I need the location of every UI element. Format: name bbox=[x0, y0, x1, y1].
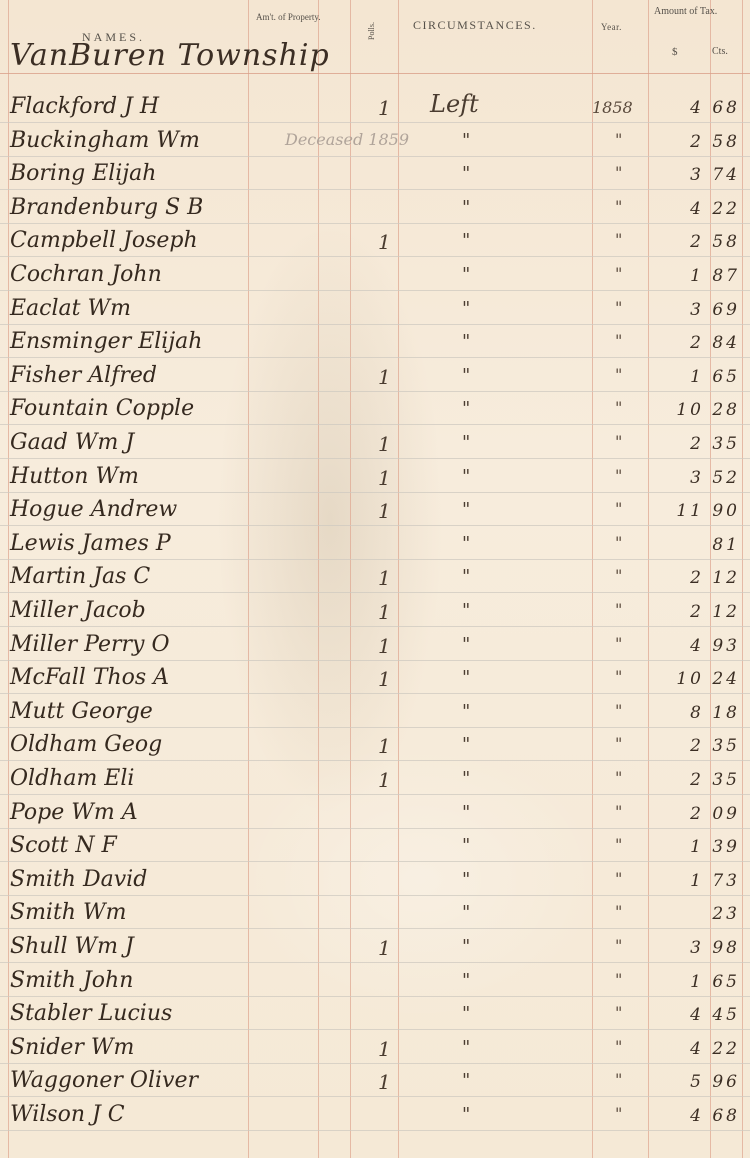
polls-cell: 1 bbox=[378, 466, 391, 490]
circumstances-cell: " bbox=[462, 701, 470, 722]
year-cell: " bbox=[615, 835, 622, 854]
township-title: VanBuren Township bbox=[10, 38, 330, 73]
table-row: Miller Jacob1""2 12 bbox=[0, 598, 750, 631]
table-row: Eaclat Wm""3 69 bbox=[0, 296, 750, 329]
header-circumstances: CIRCUMSTANCES. bbox=[413, 18, 537, 33]
name-cell: Flackford J H bbox=[10, 94, 159, 119]
year-cell: 1858 bbox=[592, 98, 633, 117]
tax-cell: 4 93 bbox=[690, 636, 740, 656]
tax-cell: 3 69 bbox=[690, 300, 740, 320]
circumstances-cell: " bbox=[462, 902, 470, 923]
table-row: Miller Perry O1""4 93 bbox=[0, 632, 750, 665]
circumstances-cell: " bbox=[462, 667, 470, 688]
year-cell: " bbox=[615, 667, 622, 686]
name-cell: Lewis James P bbox=[10, 531, 171, 556]
table-row: Gaad Wm J1""2 35 bbox=[0, 430, 750, 463]
table-row: Shull Wm J1""3 98 bbox=[0, 934, 750, 967]
table-row: Boring Elijah""3 74 bbox=[0, 161, 750, 194]
circumstances-cell: " bbox=[462, 264, 470, 285]
name-cell: Brandenburg S B bbox=[10, 195, 203, 220]
circumstances-cell: " bbox=[462, 802, 470, 823]
polls-cell: 1 bbox=[378, 936, 391, 960]
tax-cell: 2 35 bbox=[690, 770, 740, 790]
header-cents: Cts. bbox=[712, 46, 728, 57]
table-row: Campbell Joseph1""2 58 bbox=[0, 228, 750, 261]
circumstances-cell: " bbox=[462, 566, 470, 587]
table-row: Smith John""1 65 bbox=[0, 968, 750, 1001]
tax-cell: 4 45 bbox=[690, 1005, 740, 1025]
year-cell: " bbox=[615, 130, 622, 149]
year-cell: " bbox=[615, 1003, 622, 1022]
name-cell: Scott N F bbox=[10, 833, 117, 858]
year-cell: " bbox=[615, 197, 622, 216]
polls-cell: 1 bbox=[378, 432, 391, 456]
year-cell: " bbox=[615, 331, 622, 350]
tax-cell: 2 58 bbox=[690, 132, 740, 152]
tax-cell: 11 90 bbox=[676, 501, 740, 521]
ledger-page: NAMES. Am't. of Property. Polls. CIRCUMS… bbox=[0, 0, 750, 1158]
name-cell: Snider Wm bbox=[10, 1035, 134, 1060]
circumstances-cell: " bbox=[462, 869, 470, 890]
table-row: Hogue Andrew1""11 90 bbox=[0, 497, 750, 530]
table-row: Pope Wm A""2 09 bbox=[0, 800, 750, 833]
polls-cell: 1 bbox=[378, 566, 391, 590]
circumstances-cell: " bbox=[462, 331, 470, 352]
year-cell: " bbox=[615, 1037, 622, 1056]
circumstances-cell: " bbox=[462, 163, 470, 184]
year-cell: " bbox=[615, 936, 622, 955]
table-row: Smith David""1 73 bbox=[0, 867, 750, 900]
tax-cell: 2 84 bbox=[690, 333, 740, 353]
table-row: Buckingham Wm""2 58 bbox=[0, 128, 750, 161]
polls-cell: 1 bbox=[378, 365, 391, 389]
circumstances-cell: " bbox=[462, 1104, 470, 1125]
year-cell: " bbox=[615, 365, 622, 384]
tax-cell: 10 24 bbox=[676, 669, 740, 689]
tax-cell: 1 65 bbox=[690, 972, 740, 992]
year-cell: " bbox=[615, 768, 622, 787]
name-cell: Shull Wm J bbox=[10, 934, 134, 959]
tax-cell: 2 09 bbox=[690, 804, 740, 824]
name-cell: Mutt George bbox=[10, 699, 153, 724]
polls-cell: 1 bbox=[378, 96, 391, 120]
table-row: Snider Wm1""4 22 bbox=[0, 1035, 750, 1068]
tax-cell: 1 65 bbox=[690, 367, 740, 387]
year-cell: " bbox=[615, 466, 622, 485]
year-cell: " bbox=[615, 1070, 622, 1089]
table-row: Waggoner Oliver1""5 96 bbox=[0, 1068, 750, 1101]
name-cell: McFall Thos A bbox=[10, 665, 169, 690]
tax-cell: 4 68 bbox=[690, 98, 740, 118]
year-cell: " bbox=[615, 499, 622, 518]
name-cell: Oldham Eli bbox=[10, 766, 134, 791]
circumstances-cell: " bbox=[462, 768, 470, 789]
name-cell: Ensminger Elijah bbox=[10, 329, 202, 354]
circumstances-cell: " bbox=[462, 1003, 470, 1024]
tax-cell: 3 98 bbox=[690, 938, 740, 958]
table-row: Wilson J C""4 68 bbox=[0, 1102, 750, 1135]
year-cell: " bbox=[615, 869, 622, 888]
name-cell: Hogue Andrew bbox=[10, 497, 177, 522]
name-cell: Miller Perry O bbox=[10, 632, 170, 657]
tax-cell: 3 74 bbox=[690, 165, 740, 185]
year-cell: " bbox=[615, 230, 622, 249]
circumstances-cell: " bbox=[462, 130, 470, 151]
name-cell: Smith Wm bbox=[10, 900, 126, 925]
tax-cell: 3 52 bbox=[690, 468, 740, 488]
header-dollars: $ bbox=[672, 46, 678, 58]
table-row: Fisher Alfred1""1 65 bbox=[0, 363, 750, 396]
year-cell: " bbox=[615, 533, 622, 552]
circumstances-cell: " bbox=[462, 634, 470, 655]
name-cell: Oldham Geog bbox=[10, 732, 162, 757]
circumstances-cell: " bbox=[462, 1070, 470, 1091]
polls-cell: 1 bbox=[378, 499, 391, 523]
table-row: Stabler Lucius""4 45 bbox=[0, 1001, 750, 1034]
name-cell: Waggoner Oliver bbox=[10, 1068, 198, 1093]
name-cell: Hutton Wm bbox=[10, 464, 139, 489]
table-row: Fountain Copple""10 28 bbox=[0, 396, 750, 429]
year-cell: " bbox=[615, 298, 622, 317]
name-cell: Smith John bbox=[10, 968, 133, 993]
polls-cell: 1 bbox=[378, 667, 391, 691]
tax-cell: 81 bbox=[712, 535, 740, 555]
circumstances-cell: Left bbox=[430, 90, 479, 118]
name-cell: Fisher Alfred bbox=[10, 363, 157, 388]
circumstances-cell: " bbox=[462, 1037, 470, 1058]
year-cell: " bbox=[615, 432, 622, 451]
header-polls: Polls. bbox=[367, 22, 376, 40]
table-row: Oldham Geog1""2 35 bbox=[0, 732, 750, 765]
header-rule bbox=[0, 73, 750, 74]
tax-cell: 1 87 bbox=[690, 266, 740, 286]
circumstances-cell: " bbox=[462, 365, 470, 386]
table-row: Cochran John""1 87 bbox=[0, 262, 750, 295]
year-cell: " bbox=[615, 398, 622, 417]
header-property: Am't. of Property. bbox=[256, 12, 321, 22]
tax-cell: 10 28 bbox=[676, 400, 740, 420]
year-cell: " bbox=[615, 970, 622, 989]
table-row: Scott N F""1 39 bbox=[0, 833, 750, 866]
year-cell: " bbox=[615, 1104, 622, 1123]
tax-cell: 1 39 bbox=[690, 837, 740, 857]
polls-cell: 1 bbox=[378, 1037, 391, 1061]
name-cell: Gaad Wm J bbox=[10, 430, 134, 455]
polls-cell: 1 bbox=[378, 634, 391, 658]
circumstances-cell: " bbox=[462, 298, 470, 319]
tax-cell: 4 68 bbox=[690, 1106, 740, 1126]
year-cell: " bbox=[615, 701, 622, 720]
year-cell: " bbox=[615, 902, 622, 921]
name-cell: Boring Elijah bbox=[10, 161, 156, 186]
circumstances-cell: " bbox=[462, 197, 470, 218]
tax-cell: 2 35 bbox=[690, 434, 740, 454]
year-cell: " bbox=[615, 802, 622, 821]
table-row: Mutt George""8 18 bbox=[0, 699, 750, 732]
circumstances-cell: " bbox=[462, 734, 470, 755]
name-cell: Smith David bbox=[10, 867, 147, 892]
circumstances-cell: " bbox=[462, 835, 470, 856]
year-cell: " bbox=[615, 634, 622, 653]
name-cell: Fountain Copple bbox=[10, 396, 194, 421]
name-cell: Campbell Joseph bbox=[10, 228, 198, 253]
tax-cell: 4 22 bbox=[690, 1039, 740, 1059]
table-row: Lewis James P""81 bbox=[0, 531, 750, 564]
header-year: Year. bbox=[601, 22, 622, 32]
tax-cell: 2 58 bbox=[690, 232, 740, 252]
tax-cell: 2 12 bbox=[690, 568, 740, 588]
circumstances-cell: " bbox=[462, 600, 470, 621]
circumstances-cell: " bbox=[462, 936, 470, 957]
name-cell: Buckingham Wm bbox=[10, 128, 200, 153]
tax-cell: 1 73 bbox=[690, 871, 740, 891]
header-amount-of-tax: Amount of Tax. bbox=[654, 6, 717, 17]
year-cell: " bbox=[615, 734, 622, 753]
table-row: Martin Jas C1""2 12 bbox=[0, 564, 750, 597]
tax-cell: 8 18 bbox=[690, 703, 740, 723]
table-row: Smith Wm""23 bbox=[0, 900, 750, 933]
tax-cell: 5 96 bbox=[690, 1072, 740, 1092]
table-row: Brandenburg S B""4 22 bbox=[0, 195, 750, 228]
tax-cell: 2 12 bbox=[690, 602, 740, 622]
year-cell: " bbox=[615, 163, 622, 182]
tax-cell: 4 22 bbox=[690, 199, 740, 219]
polls-cell: 1 bbox=[378, 600, 391, 624]
name-cell: Pope Wm A bbox=[10, 800, 138, 825]
table-row: Flackford J H1Left18584 68 bbox=[0, 94, 750, 127]
circumstances-cell: " bbox=[462, 432, 470, 453]
year-cell: " bbox=[615, 264, 622, 283]
circumstances-cell: " bbox=[462, 230, 470, 251]
name-cell: Cochran John bbox=[10, 262, 162, 287]
name-cell: Wilson J C bbox=[10, 1102, 125, 1127]
polls-cell: 1 bbox=[378, 768, 391, 792]
year-cell: " bbox=[615, 600, 622, 619]
table-row: Oldham Eli1""2 35 bbox=[0, 766, 750, 799]
name-cell: Miller Jacob bbox=[10, 598, 146, 623]
polls-cell: 1 bbox=[378, 1070, 391, 1094]
tax-cell: 2 35 bbox=[690, 736, 740, 756]
circumstances-cell: " bbox=[462, 533, 470, 554]
table-row: Hutton Wm1""3 52 bbox=[0, 464, 750, 497]
polls-cell: 1 bbox=[378, 734, 391, 758]
name-cell: Eaclat Wm bbox=[10, 296, 131, 321]
circumstances-cell: " bbox=[462, 398, 470, 419]
year-cell: " bbox=[615, 566, 622, 585]
circumstances-cell: " bbox=[462, 466, 470, 487]
table-row: McFall Thos A1""10 24 bbox=[0, 665, 750, 698]
table-row: Ensminger Elijah""2 84 bbox=[0, 329, 750, 362]
polls-cell: 1 bbox=[378, 230, 391, 254]
name-cell: Stabler Lucius bbox=[10, 1001, 172, 1026]
name-cell: Martin Jas C bbox=[10, 564, 150, 589]
tax-cell: 23 bbox=[712, 904, 740, 924]
circumstances-cell: " bbox=[462, 970, 470, 991]
circumstances-cell: " bbox=[462, 499, 470, 520]
